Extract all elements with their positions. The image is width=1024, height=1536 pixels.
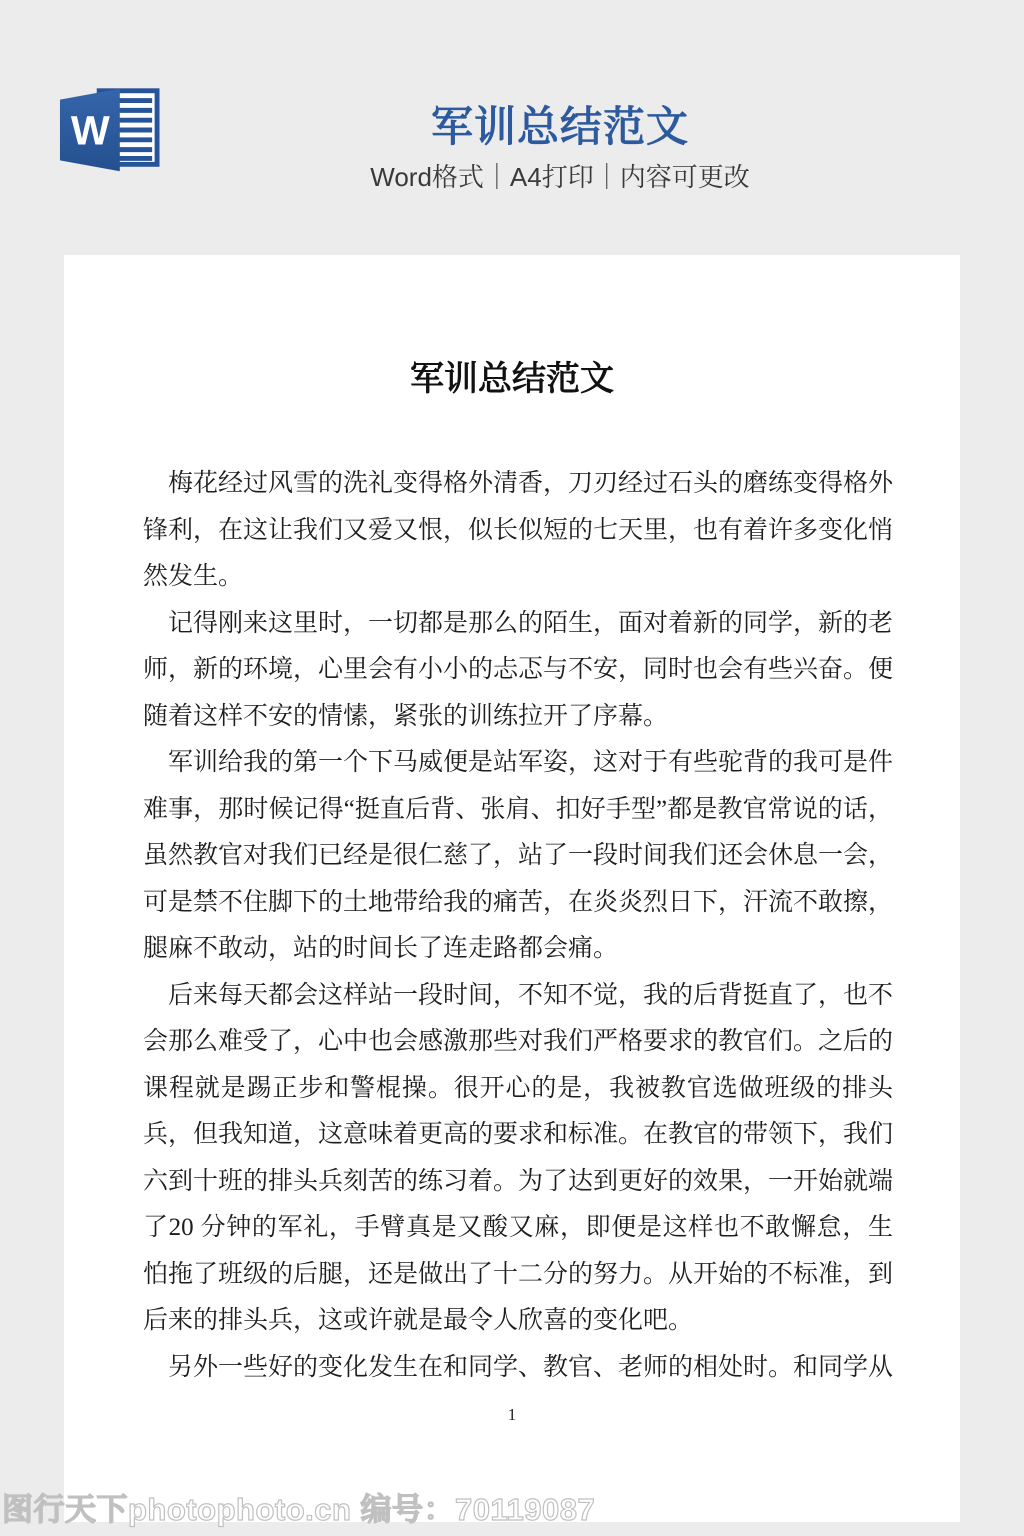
paragraph: 梅花经过风雪的洗礼变得格外清香，刀刃经过石头的磨练变得格外锋利，在这让我们又爱又… [143, 461, 893, 601]
template-title: 军训总结范文 [96, 94, 1024, 154]
paragraph: 另外一些好的变化发生在和同学、教官、老师的相处时。和同学从 [143, 1345, 893, 1392]
template-subtitle: Word格式｜A4打印｜内容可更改 [96, 157, 1024, 194]
paragraph: 后来每天都会这样站一段时间，不知不觉，我的后背挺直了，也不会那么难受了，心中也会… [143, 973, 893, 1345]
page-number: 1 [64, 1405, 960, 1425]
document-page: 军训总结范文 梅花经过风雪的洗礼变得格外清香，刀刃经过石头的磨练变得格外锋利，在… [64, 255, 960, 1522]
paragraph: 记得刚来这里时，一切都是那么的陌生，面对着新的同学，新的老师，新的环境，心里会有… [143, 601, 893, 741]
site-watermark: 图行天下photophoto.cn 编号：70119087 [2, 1484, 595, 1529]
template-preview-page: { "header": { "title": "军训总结范文", "subtit… [0, 0, 1024, 1536]
document-title: 军训总结范文 [64, 255, 960, 404]
paragraph: 军训给我的第一个下马威便是站军姿，这对于有些驼背的我可是件难事，那时候记得“挺直… [143, 740, 893, 973]
document-body: 梅花经过风雪的洗礼变得格外清香，刀刃经过石头的磨练变得格外锋利，在这让我们又爱又… [143, 461, 893, 1391]
header: W 军训总结范文 Word格式｜A4打印｜内容可更改 [0, 0, 1024, 255]
